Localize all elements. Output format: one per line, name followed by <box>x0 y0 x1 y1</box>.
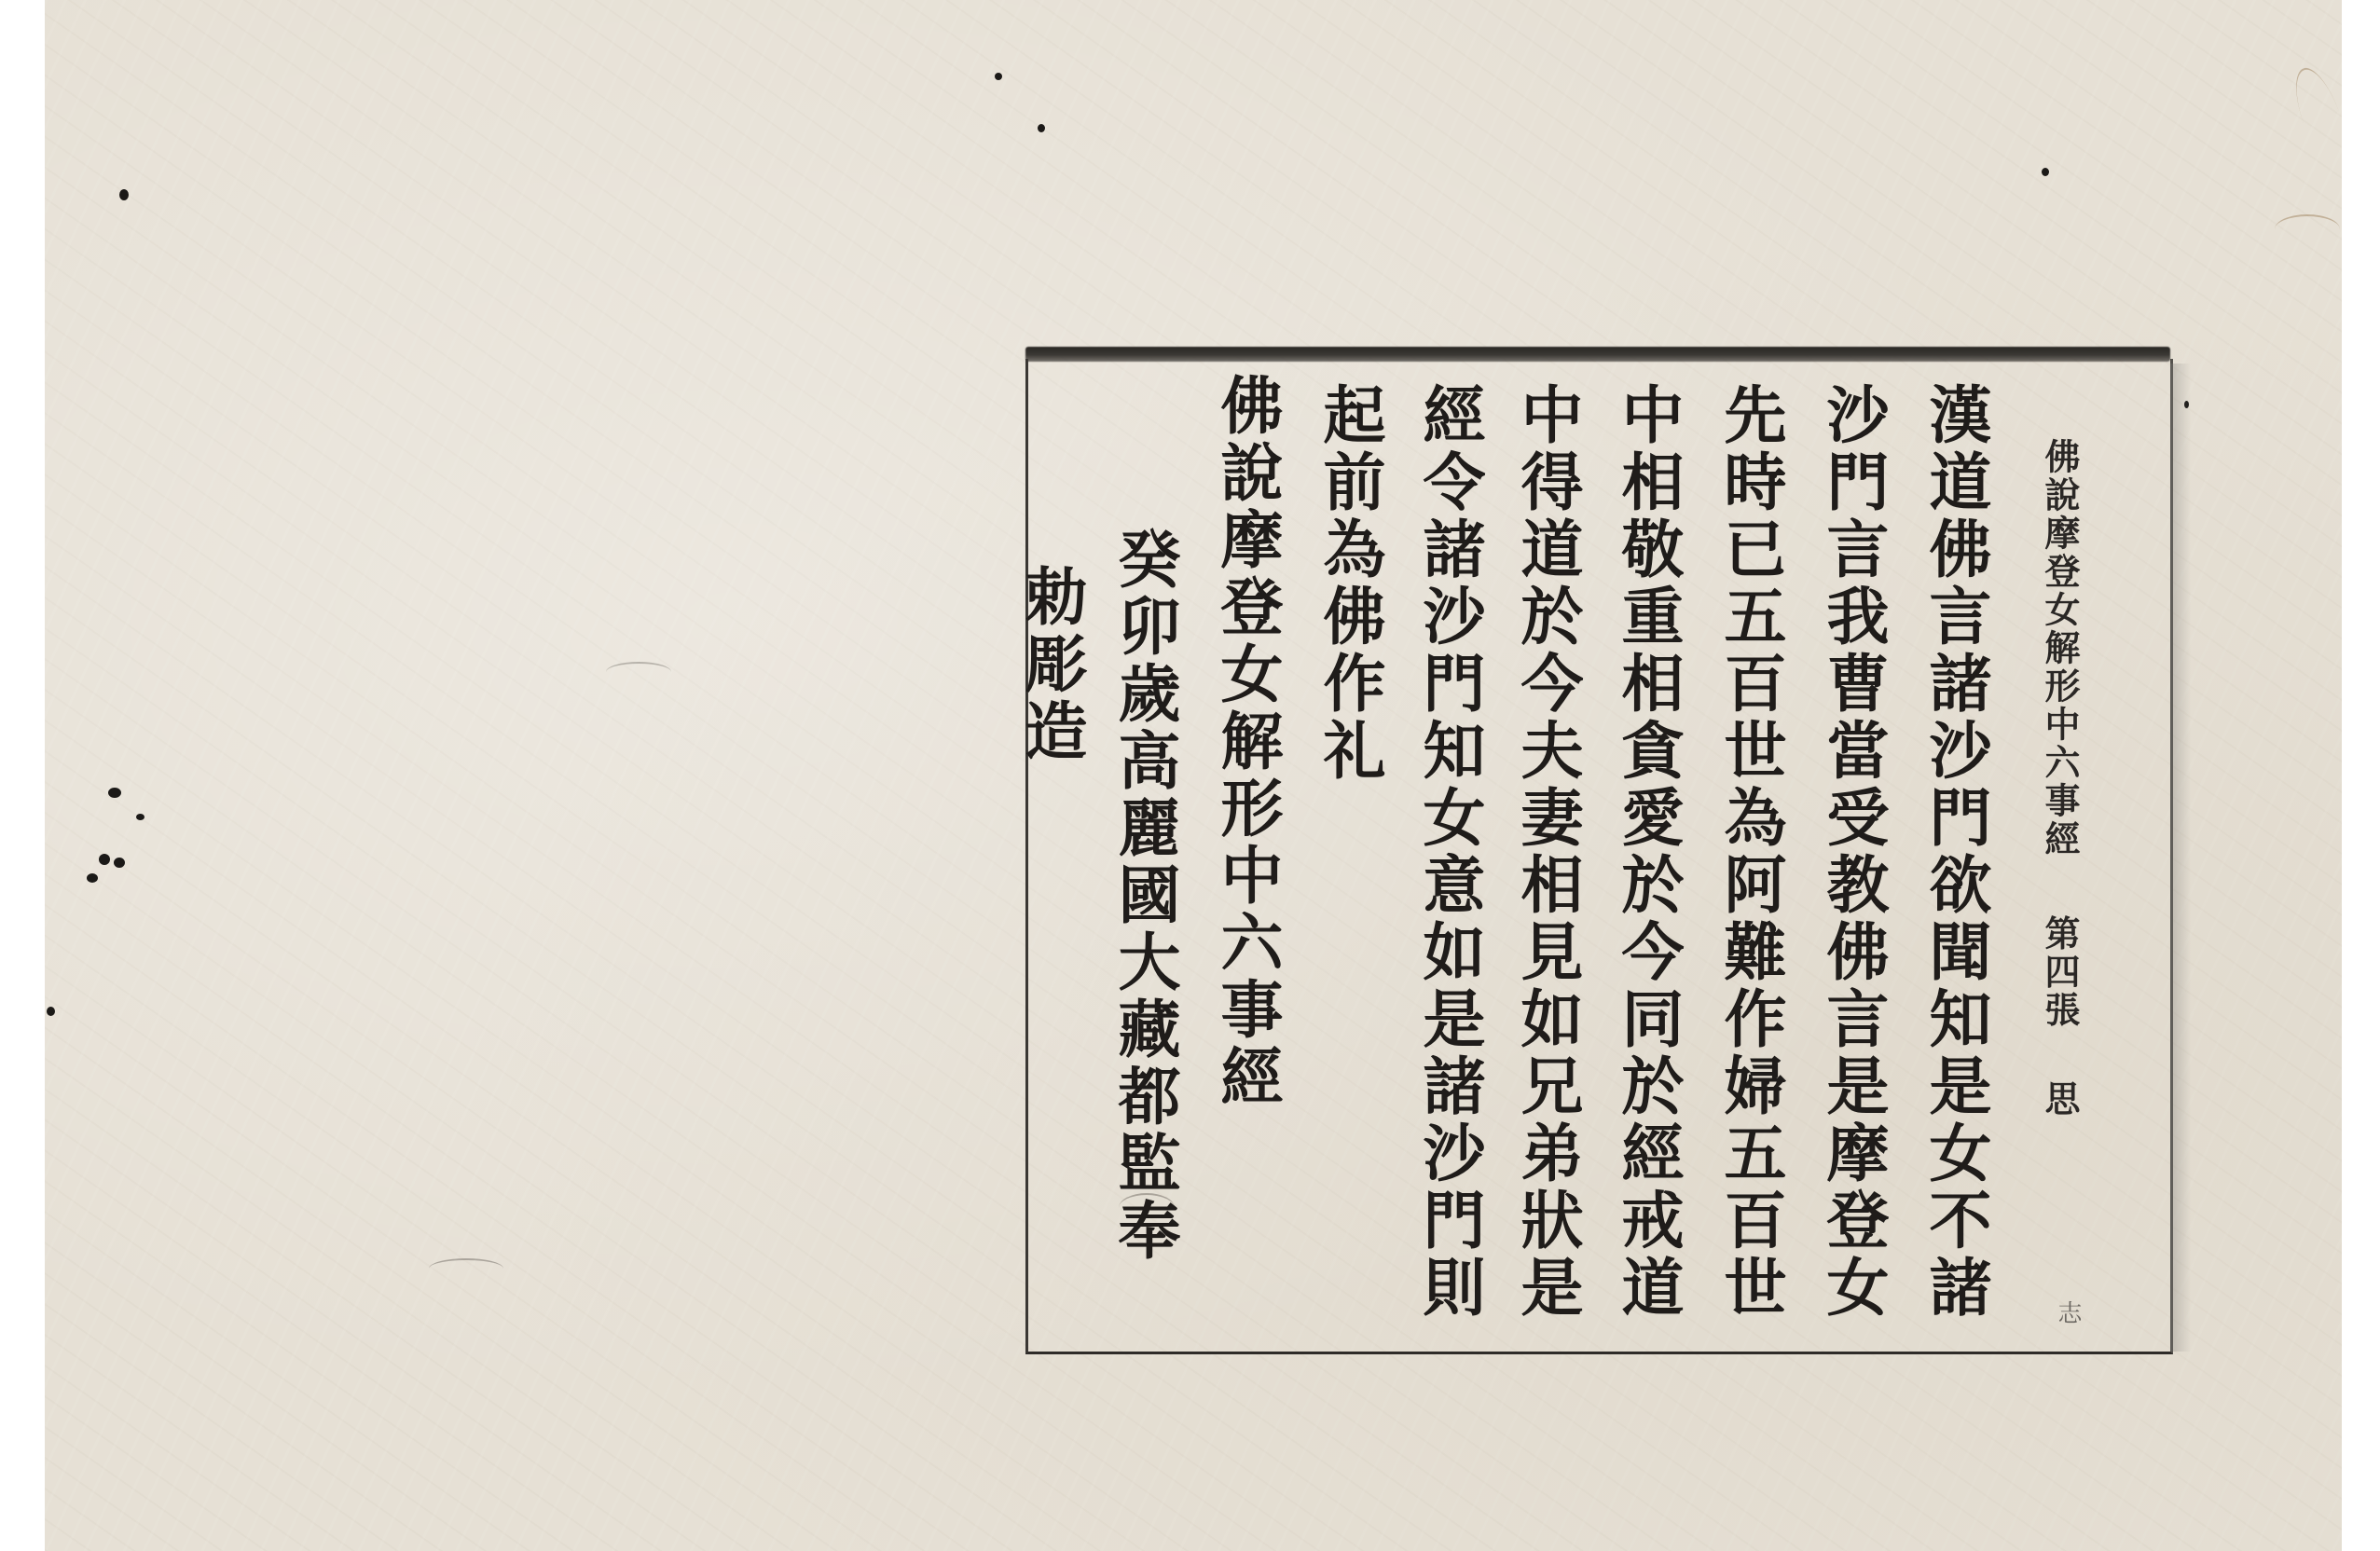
paper-fiber <box>2275 214 2340 244</box>
carver-mark: 志 <box>2056 1300 2080 1325</box>
ink-spot <box>47 1007 55 1016</box>
colophon-column-1: 癸卯歲高麗國大藏都監奉 <box>1114 527 1176 1265</box>
header-title: 佛說摩登女解形中六事經 <box>2039 438 2081 858</box>
ink-spot <box>108 788 121 798</box>
ink-spot <box>114 858 125 868</box>
header-column: 佛說摩登女解形中六事經 第四張 思 <box>2042 438 2077 1119</box>
text-column-3: 先時已五百世為阿難作婦五百世 <box>1720 382 1782 1322</box>
ink-spot <box>99 854 110 865</box>
text-column-6: 經令諸沙門知女意如是諸沙門則 <box>1419 382 1481 1322</box>
page-number: 第四張 <box>2039 914 2081 1029</box>
text-column-5: 中得道於今夫妻相見如兄弟狀是 <box>1517 382 1579 1322</box>
paper-fiber <box>606 662 671 682</box>
text-column-4: 中相敬重相貪愛於今同於經戒道 <box>1617 382 1680 1322</box>
printed-frame <box>1025 359 2173 1354</box>
text-column-2: 沙門言我曹當受教佛言是摩登女 <box>1823 382 1885 1322</box>
ink-spot <box>1038 124 1045 132</box>
ink-spot <box>87 873 98 883</box>
text-column-7: 起前為佛作礼 <box>1319 382 1382 785</box>
frame-ink-bleed <box>2170 364 2191 1352</box>
text-column-1: 漢道佛言諸沙門欲聞知是女不諸 <box>1925 382 1988 1322</box>
ink-spot <box>119 189 129 200</box>
ink-spot <box>995 73 1002 80</box>
closing-title-column: 佛說摩登女解形中六事經 <box>1217 373 1279 1111</box>
ink-spot <box>2042 168 2049 176</box>
ink-spot <box>136 814 144 820</box>
volume-mark: 思 <box>2039 1080 2081 1119</box>
paper-fiber <box>429 1258 503 1279</box>
colophon-column-2: 勅彫造 <box>1021 564 1083 765</box>
